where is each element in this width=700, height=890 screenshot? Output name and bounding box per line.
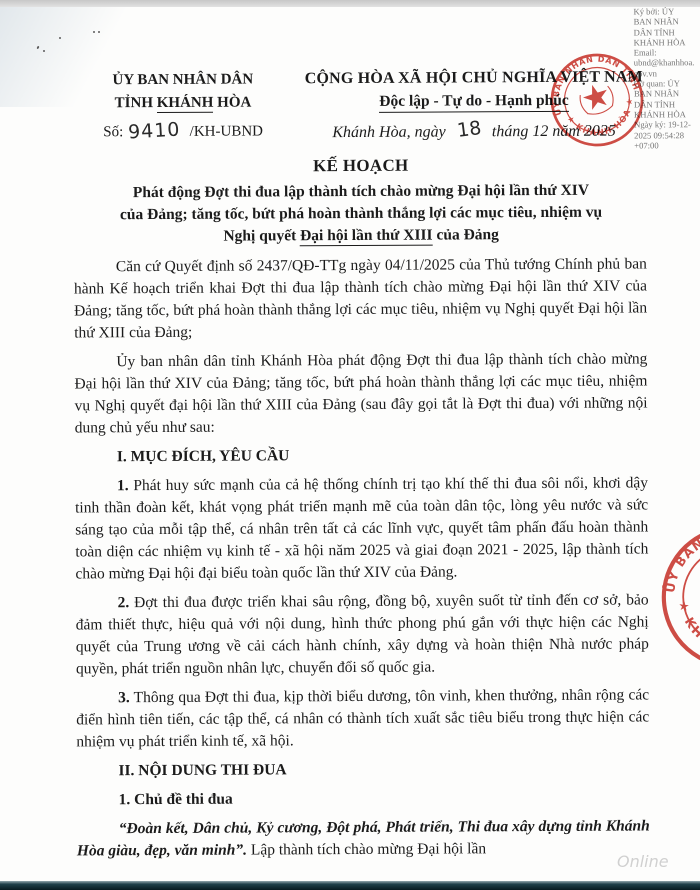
pen-speck <box>59 37 61 39</box>
pen-speck <box>98 31 100 33</box>
place-date-line: Khánh Hòa, ngày18tháng 12 năm 2025 <box>288 118 660 142</box>
independence-motto: Độc lập - Tự do - Hạnh phúc <box>288 91 660 111</box>
section-heading-2: II. NỘI DUNG THI ĐUA <box>76 757 649 782</box>
org-name-line1: ỦY BAN NHÂN DÂN <box>60 68 306 92</box>
handwritten-document-number: 9410 <box>128 119 182 145</box>
title-line-3: Nghị quyết Đại hội lần thứ XIII của Đảng <box>69 223 654 248</box>
section-heading-1: I. MỤC ĐÍCH, YÊU CẦU <box>75 443 648 468</box>
numbered-paragraph: 1. Phát huy sức mạnh của cả hệ thống chí… <box>75 472 649 585</box>
national-title: CỘNG HÒA XÃ HỘI CHỦ NGHĨA VIỆT NAM <box>288 68 660 88</box>
title-line-1: Phát động Đợt thi đua lập thành tích chà… <box>68 179 653 204</box>
scan-bottom-edge <box>0 881 700 890</box>
handwritten-day: 18 <box>455 117 482 142</box>
scan-top-edge <box>0 0 700 7</box>
body-paragraph: Ủy ban nhân dân tỉnh Khánh Hòa phát động… <box>74 348 647 439</box>
number-suffix: /KH-UBND <box>190 123 263 139</box>
online-watermark: Online <box>617 852 669 871</box>
paragraph-number: 2. <box>118 594 130 611</box>
document-content: ỦY BAN NHÂN DÂN TỈNH KHÁNH HÒA Số:9410/K… <box>0 0 700 890</box>
sub-heading: 1. Chủ đề thi đua <box>77 786 650 811</box>
pen-speck <box>93 31 95 33</box>
national-header-block: CỘNG HÒA XÃ HỘI CHỦ NGHĨA VIỆT NAM Độc l… <box>288 68 660 142</box>
body-paragraph: Căn cứ Quyết định số 2437/QĐ-TTg ngày 04… <box>74 253 647 344</box>
issuing-org-block: ỦY BAN NHÂN DÂN TỈNH KHÁNH HÒA Số:9410/K… <box>60 68 306 144</box>
numbered-paragraph: 3. Thông qua Đợt thi đua, kịp thời biểu … <box>76 684 649 753</box>
number-label: Số: <box>103 124 123 140</box>
document-body: Căn cứ Quyết định số 2437/QĐ-TTg ngày 04… <box>74 253 650 869</box>
quote-paragraph: “Đoàn kết, Dân chủ, Kỷ cương, Đột phá, P… <box>77 815 650 862</box>
scanned-official-document: ỦY BAN NHÂN DÂN TỈNH KHÁNH HÒA Số:9410/K… <box>0 0 700 890</box>
org-name-line2: TỈNH KHÁNH HÒA <box>60 91 306 115</box>
numbered-paragraph: 2. Đợt thi đua được triển khai sâu rộng,… <box>76 589 649 680</box>
paragraph-number: 1. <box>117 477 129 494</box>
title-line-2: của Đảng; tăng tốc, bứt phá hoàn thành t… <box>69 201 654 226</box>
paragraph-number: 3. <box>118 689 130 706</box>
pen-speck <box>43 50 45 52</box>
document-type-title: KẾ HOẠCH <box>68 154 653 177</box>
document-number-line: Số:9410/KH-UBND <box>60 118 306 144</box>
document-title-block: KẾ HOẠCH Phát động Đợt thi đua lập thành… <box>68 154 653 248</box>
